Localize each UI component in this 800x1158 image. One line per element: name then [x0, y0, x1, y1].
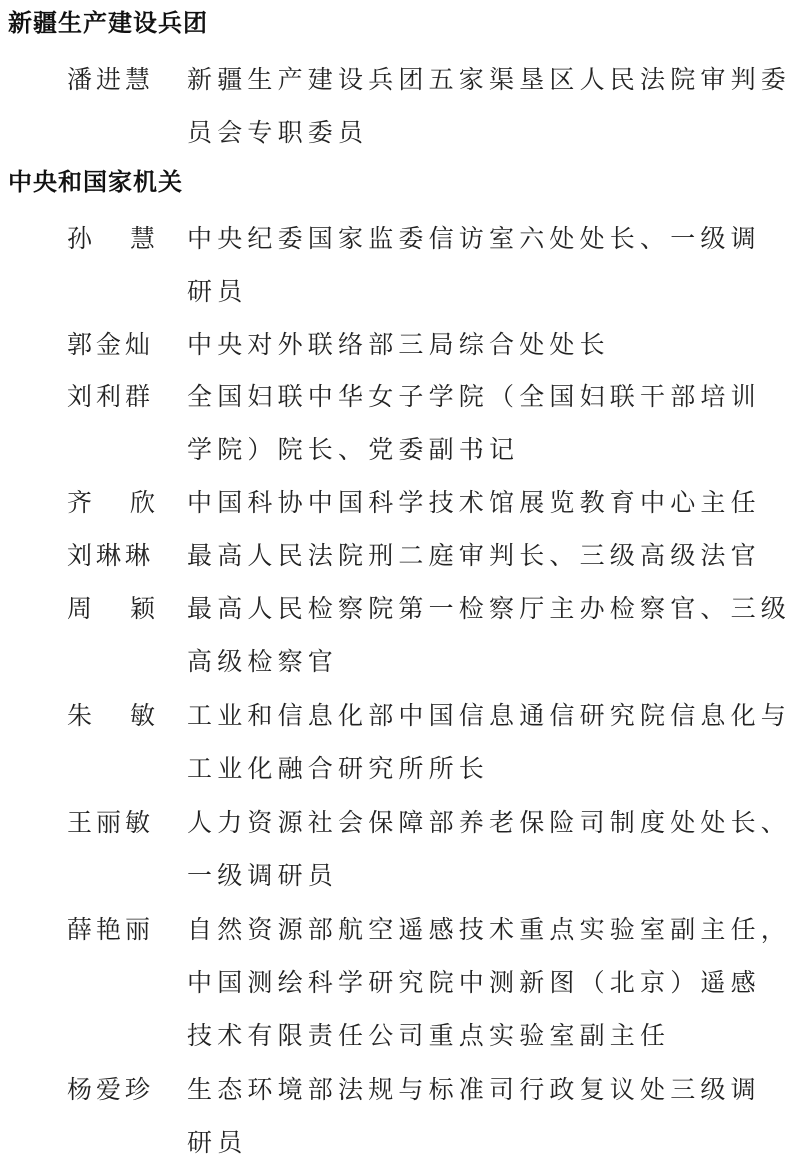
person-name: 郭金灿: [67, 328, 177, 362]
section-heading: 中央和国家机关: [8, 167, 183, 197]
position-text: 工业和信息化部中国信息通信研究院信息化与: [187, 699, 791, 733]
position-text: 工业化融合研究所所长: [187, 752, 489, 786]
position-text: 员会专职委员: [187, 116, 368, 150]
person-name-part: 慧: [130, 222, 155, 256]
person-name: 薛艳丽: [67, 913, 177, 947]
position-text: 最高人民检察院第一检察厅主办检察官、三级: [187, 592, 791, 626]
position-text: 中央对外联络部三局综合处处长: [187, 328, 610, 362]
section-heading: 新疆生产建设兵团: [8, 8, 208, 38]
position-text: 中国科协中国科学技术馆展览教育中心主任: [187, 486, 761, 520]
person-name: 刘利群: [67, 380, 177, 414]
position-text: 一级调研员: [187, 859, 338, 893]
position-text: 生态环境部法规与标准司行政复议处三级调: [187, 1073, 761, 1107]
person-name-part: 朱: [67, 699, 92, 733]
person-name-part: 周: [67, 592, 92, 626]
position-text: 最高人民法院刑二庭审判长、三级高级法官: [187, 539, 761, 573]
person-name-part: 颖: [130, 592, 155, 626]
position-text: 中国测绘科学研究院中测新图（北京）遥感: [187, 966, 761, 1000]
position-text: 高级检察官: [187, 645, 338, 679]
person-name: 刘琳琳: [67, 539, 177, 573]
person-name: 朱 敏: [67, 699, 155, 733]
person-name-part: 欣: [130, 486, 155, 520]
position-text: 研员: [187, 275, 247, 309]
position-text: 研员: [187, 1126, 247, 1158]
person-name: 潘进慧: [67, 63, 177, 97]
person-name-part: 敏: [130, 699, 155, 733]
position-text: 中央纪委国家监委信访室六处处长、一级调: [187, 222, 761, 256]
person-name-part: 孙: [67, 222, 92, 256]
person-name: 杨爱珍: [67, 1073, 177, 1107]
person-name: 齐 欣: [67, 486, 155, 520]
position-text: 学院）院长、党委副书记: [187, 433, 519, 467]
person-name-part: 齐: [67, 486, 92, 520]
person-name: 周 颖: [67, 592, 155, 626]
position-text: 自然资源部航空遥感技术重点实验室副主任，: [187, 913, 791, 947]
position-text: 技术有限责任公司重点实验室副主任: [187, 1019, 670, 1053]
position-text: 全国妇联中华女子学院（全国妇联干部培训: [187, 380, 761, 414]
position-text: 人力资源社会保障部养老保险司制度处处长、: [187, 806, 791, 840]
position-text: 新疆生产建设兵团五家渠垦区人民法院审判委: [187, 63, 791, 97]
person-name: 孙 慧: [67, 222, 155, 256]
person-name: 王丽敏: [67, 806, 177, 840]
